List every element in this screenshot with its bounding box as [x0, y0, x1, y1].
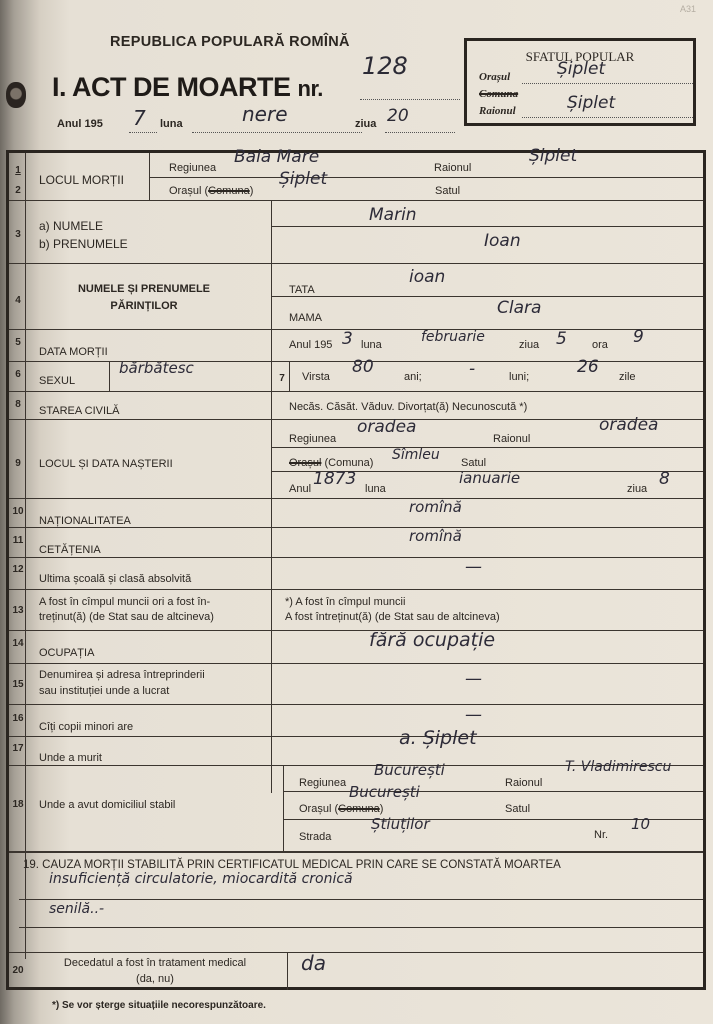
comuna-struck: Comuna [479, 88, 518, 100]
ocupatia-label: OCUPAȚIA [39, 647, 94, 659]
raionul-value: oradea [599, 415, 658, 435]
anul-value: 7 [133, 106, 146, 130]
act-nr-label: nr. [298, 76, 323, 101]
prenumele-label: b) PRENUMELE [39, 237, 128, 251]
dotted-line [522, 117, 693, 118]
row-number: 12 [11, 564, 25, 575]
ziua-label: ziua [627, 483, 647, 495]
tata-value: ioan [409, 267, 445, 287]
row-number: 20 [11, 965, 25, 976]
zile-value: 26 [577, 357, 599, 377]
ani-value: 80 [352, 357, 374, 377]
locul-mortii-label: LOCUL MORȚII [39, 173, 124, 187]
starea-civila-options: Necăs. Căsăt. Văduv. Divorțat(ă) Necunos… [289, 401, 527, 413]
divider [271, 296, 703, 297]
sfatul-raionul-value: Șiplet [567, 93, 615, 113]
ziua-label: ziua [519, 339, 539, 351]
row-divider [9, 557, 703, 558]
divider [287, 952, 288, 990]
intreprindere-value: — [465, 669, 482, 689]
row-number: 18 [11, 799, 25, 810]
prenumele-value: Ioan [484, 231, 521, 251]
sexul-label: SEXUL [39, 375, 75, 387]
unde-a-murit-label: Unde a murit [39, 752, 102, 764]
ani-label: ani; [404, 371, 422, 383]
strada-value: Știuților [371, 815, 430, 833]
regiunea-value: Baia Mare [234, 147, 319, 167]
copii-minori-label: Cîți copii minori are [39, 721, 133, 733]
dotted-line [192, 132, 362, 133]
luna-label: luna [160, 118, 183, 130]
divider [19, 927, 703, 928]
ultima-scoala-value: — [465, 557, 482, 577]
ziua-value: 8 [659, 469, 670, 489]
luna-value: nere [242, 102, 288, 126]
orasul-comuna-label: Orașul (Comuna) [169, 185, 253, 197]
regiunea-label: Regiunea [289, 433, 336, 445]
act-title: I. ACT DE MOARTE nr. [52, 72, 323, 103]
comuna-struck: Comuna [208, 185, 250, 197]
ocupatia-value: fără ocupație [369, 629, 495, 651]
row-divider [9, 663, 703, 664]
row-divider [9, 851, 703, 853]
sfatul-orasul-value: Șiplet [557, 59, 605, 79]
row-divider [9, 263, 703, 264]
numele-label: a) NUMELE [39, 219, 103, 233]
raionul-value: T. Vladimirescu [565, 759, 671, 775]
sexul-value: bărbătesc [119, 359, 194, 377]
row-number: 11 [11, 535, 25, 546]
unde-a-murit-value: a. Șiplet [399, 727, 477, 749]
cimpul-muncii-label: A fost în cîmpul muncii ori a fost în- [39, 596, 210, 608]
regiunea-label: Regiunea [169, 162, 216, 174]
form-table: 1 2 LOCUL MORȚII Regiunea Baia Mare Raio… [6, 150, 706, 990]
divider [109, 361, 110, 391]
num-column-divider [25, 153, 26, 959]
regiunea-value: București [374, 761, 445, 779]
comuna-text: (Comuna) [324, 457, 373, 469]
data-mortii-label: DATA MORȚII [39, 346, 108, 358]
locul-nasterii-label: LOCUL ȘI DATA NAȘTERII [39, 458, 173, 470]
raionul-label: Raionul [505, 777, 542, 789]
sfatul-popular-box: SFATUL POPULAR Orașul Șiplet Comuna Raio… [464, 38, 696, 126]
raionul-value: Șiplet [529, 146, 577, 166]
death-certificate-page: A31 REPUBLICA POPULARĂ ROMÎNĂ I. ACT DE … [0, 0, 713, 1024]
row-number: 6 [11, 369, 25, 380]
regiunea-label: Regiunea [299, 777, 346, 789]
row-divider [9, 329, 703, 330]
footnote: *) Se vor șterge situațiile necorespunză… [52, 1000, 266, 1011]
luna-label: luna [361, 339, 382, 351]
divider [289, 361, 290, 391]
ziua-label: ziua [355, 118, 376, 130]
divider [271, 226, 703, 227]
cauza-mortii-line-1: insuficiență circulatorie, miocardită cr… [49, 871, 353, 887]
tratament-value: da [301, 951, 326, 975]
intreprindere-label: Denumirea și adresa întreprinderii [39, 669, 205, 681]
row-number: 3 [11, 229, 25, 240]
row-divider [9, 527, 703, 528]
nationalitatea-label: NAȚIONALITATEA [39, 515, 131, 527]
orasul-value: București [349, 783, 420, 801]
nr-label: Nr. [594, 829, 608, 841]
row-number: 10 [11, 506, 25, 517]
row-number: 1 [11, 165, 25, 176]
anul-value: 3 [342, 329, 353, 349]
row-number: 16 [11, 713, 25, 724]
row-number: 17 [11, 743, 25, 754]
paren: ) [380, 803, 384, 815]
row-number: 13 [11, 605, 25, 616]
cimpul-muncii-option: *) A fost în cîmpul muncii [285, 596, 405, 608]
cetatenia-value: romînă [409, 527, 462, 545]
luna-value: februarie [421, 329, 485, 345]
row-number: 14 [11, 638, 25, 649]
cetatenia-label: CETĂȚENIA [39, 544, 101, 556]
strada-label: Strada [299, 831, 331, 843]
orasul-text: Orașul ( [169, 185, 208, 197]
intreprindere-label-2: sau instituției unde a lucrat [39, 685, 169, 697]
divider [283, 765, 284, 851]
domiciliu-label: Unde a avut domiciliul stabil [39, 799, 175, 811]
row-divider [9, 952, 703, 953]
row-number: 8 [11, 399, 25, 410]
divider [283, 791, 703, 792]
regiunea-value: oradea [357, 417, 416, 437]
ziua-value: 5 [556, 329, 567, 349]
nr-value: 10 [631, 815, 650, 833]
cauza-mortii-label: 19. CAUZA MORȚII STABILITĂ PRIN CERTIFIC… [23, 859, 561, 871]
row-number: 9 [11, 458, 25, 469]
divider [149, 177, 703, 178]
act-title-text: I. ACT DE MOARTE [52, 72, 291, 102]
state-emblem-icon [6, 82, 26, 108]
anul-label: Anul 195 [289, 339, 332, 351]
row-divider [9, 589, 703, 590]
row-number: 5 [11, 337, 25, 348]
dotted-line [385, 132, 455, 133]
row-divider [9, 736, 703, 737]
row-divider [9, 630, 703, 631]
row-number: 15 [11, 679, 25, 690]
dotted-line [522, 83, 693, 84]
starea-civila-label: STAREA CIVILĂ [39, 405, 120, 417]
republic-title: REPUBLICA POPULARĂ ROMÎNĂ [110, 34, 350, 50]
satul-label: Satul [505, 803, 530, 815]
intretinut-option: A fost întreținut(ă) (de Stat sau de alt… [285, 611, 500, 623]
ziua-value: 20 [387, 106, 409, 126]
copii-minori-value: — [465, 705, 482, 725]
ora-label: ora [592, 339, 608, 351]
tratament-label: Decedatul a fost în tratament medical [27, 957, 283, 969]
virsta-label: Virsta [302, 371, 330, 383]
luni-label: luni; [509, 371, 529, 383]
cauza-mortii-line-2: senilă..- [49, 901, 104, 917]
act-number-value: 128 [362, 52, 408, 80]
comuna-struck: Comuna [338, 803, 380, 815]
row-divider [9, 498, 703, 499]
corner-mark: A31 [680, 4, 696, 14]
paren: ) [250, 185, 254, 197]
dotted-line [129, 132, 157, 133]
zile-label: zile [619, 371, 636, 383]
divider [271, 447, 703, 448]
luna-value: ianuarie [459, 469, 520, 487]
anul-label: Anul [289, 483, 311, 495]
raionul-label: Raionul [493, 433, 530, 445]
tata-label: TATA [289, 284, 315, 296]
row-number: 2 [11, 185, 25, 196]
row-number: 4 [11, 295, 25, 306]
anul-value: 1873 [313, 469, 356, 489]
divider [19, 899, 703, 900]
row-divider [9, 704, 703, 705]
ora-value: 9 [633, 327, 644, 347]
luna-label: luna [365, 483, 386, 495]
orasul-struck: Orașul [289, 457, 321, 469]
parinti-label: NUMELE ȘI PRENUMELE [39, 283, 249, 295]
nationalitatea-value: romînă [409, 498, 462, 516]
comuna-value: Sîmleu [392, 447, 440, 463]
orasul-comuna-label: Orașul (Comuna) [299, 803, 383, 815]
orasul-comuna-label: Orașul (Comuna) [289, 457, 373, 469]
anul-label: Anul 195 [57, 118, 103, 130]
orasul-text: Orașul ( [299, 803, 338, 815]
luni-value: - [469, 359, 475, 379]
parinti-label-2: PĂRINȚILOR [39, 300, 249, 312]
row-divider [9, 200, 703, 201]
orasul-value: Șiplet [279, 169, 327, 189]
row-divider [9, 391, 703, 392]
cimpul-muncii-label-2: treținut(ă) (de Stat sau de altcineva) [39, 611, 214, 623]
tratament-label-2: (da, nu) [27, 973, 283, 985]
mama-label: MAMA [289, 312, 322, 324]
satul-label: Satul [435, 185, 460, 197]
row-number: 7 [275, 373, 289, 384]
ultima-scoala-label: Ultima școală și clasă absolvită [39, 573, 191, 585]
mama-value: Clara [497, 298, 541, 318]
numele-value: Marin [369, 205, 417, 225]
act-number-line [360, 99, 460, 100]
raionul-label: Raionul [434, 162, 471, 174]
satul-label: Satul [461, 457, 486, 469]
